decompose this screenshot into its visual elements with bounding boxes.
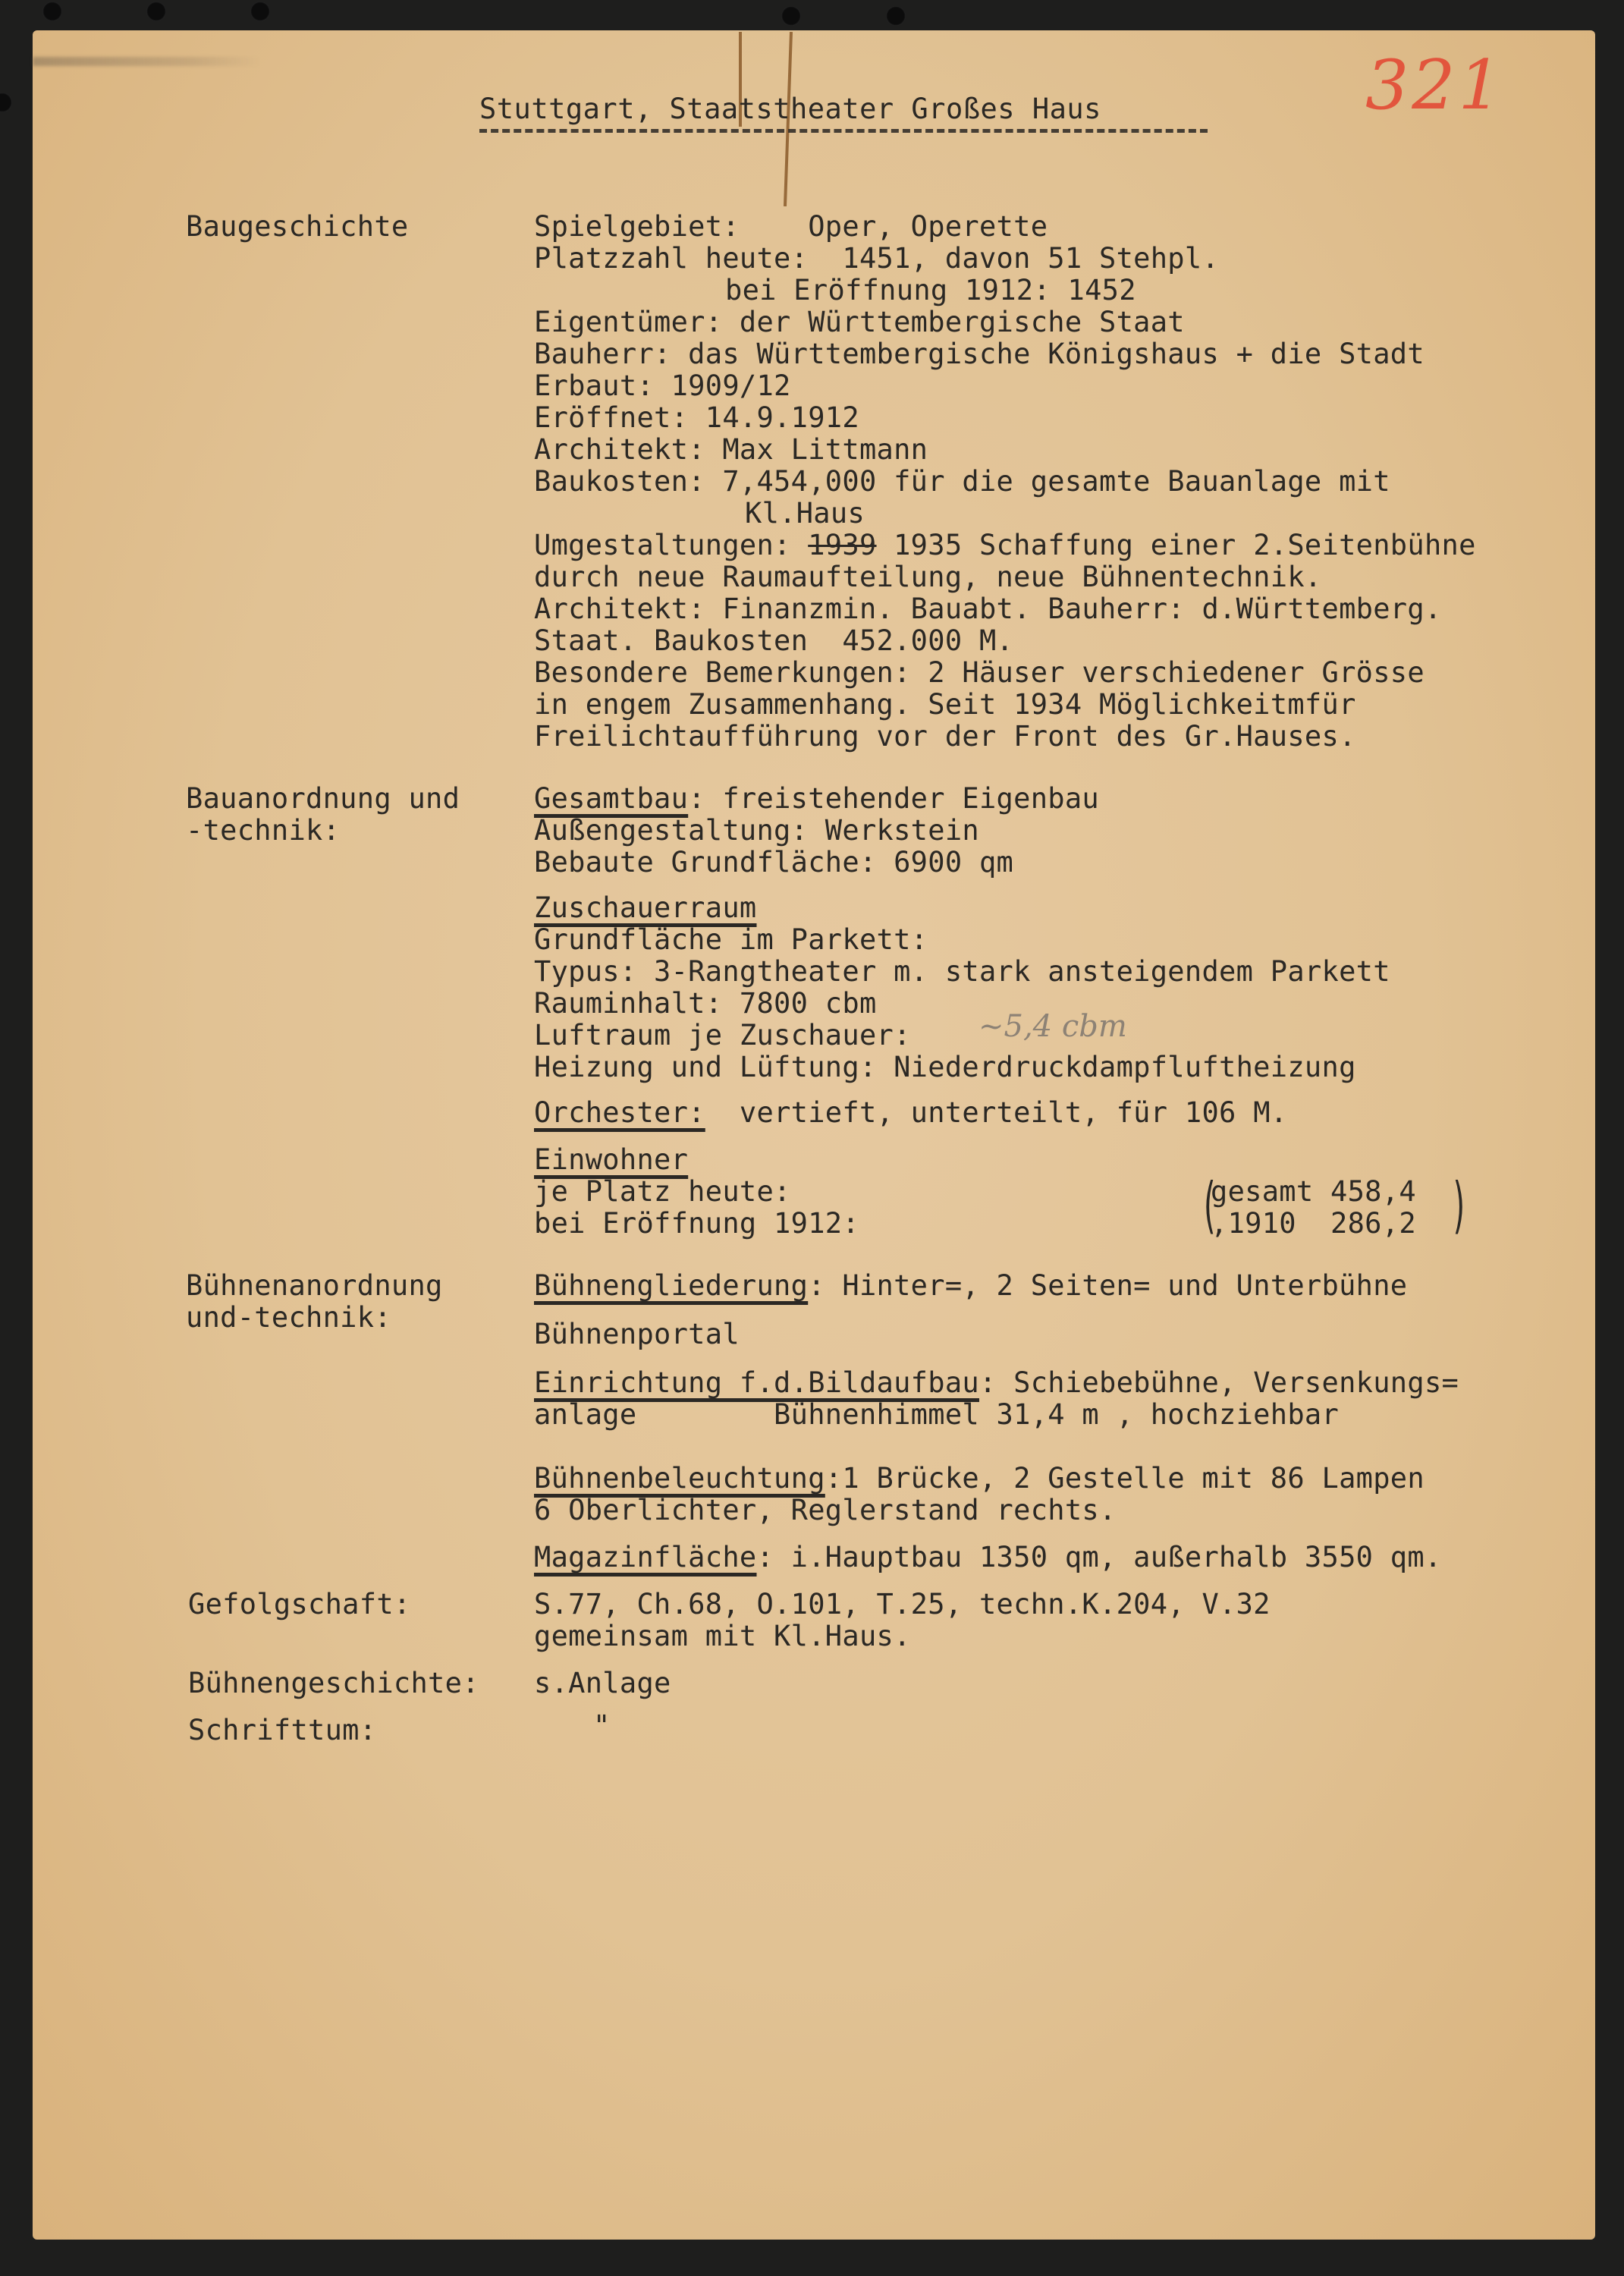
section-label-buehnenanordnung-2: und-technik: xyxy=(186,1302,391,1334)
line-grundflaeche: Bebaute Grundfläche: 6900 qm xyxy=(534,847,1013,879)
gesamtbau-value: : freistehender Eigenbau xyxy=(688,782,1099,815)
section-label-bauanordnung: Bauanordnung und xyxy=(186,783,460,815)
line-umgestaltungen-3: Architekt: Finanzmin. Bauabt. Bauherr: d… xyxy=(534,593,1442,625)
line-gesamtbau: Gesamtbau: freistehender Eigenbau xyxy=(534,783,1099,815)
line-orchester: Orchester: vertieft, unterteilt, für 106… xyxy=(534,1097,1287,1129)
value-buehnengeschichte: s.Anlage xyxy=(534,1668,671,1699)
line-platzzahl: Platzzahl heute: 1451, davon 51 Stehpl. xyxy=(534,243,1219,275)
section-label-baugeschichte: Baugeschichte xyxy=(186,211,409,243)
magazin-label: Magazinfläche xyxy=(534,1541,757,1573)
line-umgestaltungen-2: durch neue Raumaufteilung, neue Bühnente… xyxy=(534,561,1322,593)
line-umgestaltungen: Umgestaltungen: 1939 1935 Schaffung eine… xyxy=(534,530,1476,561)
line-einrichtung: Einrichtung f.d.Bildaufbau: Schiebebühne… xyxy=(534,1367,1459,1399)
beleuchtung-value: :1 Brücke, 2 Gestelle mit 86 Lampen xyxy=(825,1462,1425,1495)
magazin-value: : i.Hauptbau 1350 qm, außerhalb 3550 qm. xyxy=(757,1541,1442,1573)
orchester-value: vertieft, unterteilt, für 106 M. xyxy=(705,1096,1288,1129)
orchester-label: Orchester: xyxy=(534,1096,705,1129)
umgestaltungen-prefix: Umgestaltungen: xyxy=(534,529,808,561)
gliederung-label: Bühnengliederung xyxy=(534,1269,808,1302)
line-bemerkungen-1: Besondere Bemerkungen: 2 Häuser verschie… xyxy=(534,657,1425,689)
line-bauherr: Bauherr: das Württembergische Königshaus… xyxy=(534,338,1425,370)
value-gesamt-1912: ,1910 286,2 xyxy=(1211,1208,1416,1240)
punch-hole xyxy=(0,93,12,112)
heading-einwohner: Einwohner xyxy=(534,1144,688,1176)
line-aussengestaltung: Außengestaltung: Werkstein xyxy=(534,815,979,847)
line-eroeffnet: Eröffnet: 14.9.1912 xyxy=(534,402,859,434)
line-je-platz-1912: bei Eröffnung 1912: xyxy=(534,1208,859,1240)
value-schrifttum: " xyxy=(593,1710,611,1742)
line-gefolgschaft-2: gemeinsam mit Kl.Haus. xyxy=(534,1621,911,1652)
heading-zuschauerraum: Zuschauerraum xyxy=(534,892,757,924)
section-label-buehnenanordnung: Bühnenanordnung xyxy=(186,1270,443,1302)
page-title: Stuttgart, Staatstheater Großes Haus xyxy=(479,93,1101,125)
punch-hole xyxy=(146,2,166,21)
gesamtbau-label: Gesamtbau xyxy=(534,782,688,815)
line-baukosten-cont: Kl.Haus xyxy=(745,498,865,530)
gliederung-value: : Hinter=, 2 Seiten= und Unterbühne xyxy=(808,1269,1407,1302)
line-heizung: Heizung und Lüftung: Niederdruckdampfluf… xyxy=(534,1052,1356,1083)
line-umgestaltungen-4: Staat. Baukosten 452.000 M. xyxy=(534,625,1013,657)
line-grundflaeche-parkett: Grundfläche im Parkett: xyxy=(534,924,928,956)
line-bemerkungen-3: Freilichtaufführung vor der Front des Gr… xyxy=(534,721,1356,753)
line-beleuchtung: Bühnenbeleuchtung:1 Brücke, 2 Gestelle m… xyxy=(534,1463,1425,1495)
value-gesamt-heute: gesamt 458,4 xyxy=(1211,1176,1416,1208)
handwritten-page-number: 321 xyxy=(1365,46,1505,125)
line-eigentuemer: Eigentümer: der Württembergische Staat xyxy=(534,307,1185,338)
line-gliederung: Bühnengliederung: Hinter=, 2 Seiten= und… xyxy=(534,1270,1407,1302)
punch-hole xyxy=(42,2,62,21)
section-label-gefolgschaft: Gefolgschaft: xyxy=(188,1589,411,1621)
line-bemerkungen-2: in engem Zusammenhang. Seit 1934 Möglich… xyxy=(534,689,1356,721)
line-typus: Typus: 3-Rangtheater m. stark ansteigend… xyxy=(534,956,1390,988)
pencil-smudge xyxy=(33,57,260,66)
line-spielgebiet: Spielgebiet: Oper, Operette xyxy=(534,211,1048,243)
line-architekt: Architekt: Max Littmann xyxy=(534,434,928,466)
line-baukosten: Baukosten: 7,454,000 für die gesamte Bau… xyxy=(534,466,1390,498)
title-underline xyxy=(479,129,1208,133)
line-portal: Bühnenportal xyxy=(534,1319,740,1350)
line-einrichtung-cont: anlage Bühnenhimmel 31,4 m , hochziehbar xyxy=(534,1399,1339,1431)
line-beleuchtung-cont: 6 Oberlichter, Reglerstand rechts. xyxy=(534,1495,1117,1526)
line-magazin: Magazinfläche: i.Hauptbau 1350 qm, außer… xyxy=(534,1542,1442,1573)
line-gefolgschaft-1: S.77, Ch.68, O.101, T.25, techn.K.204, V… xyxy=(534,1589,1271,1621)
line-erbaut: Erbaut: 1909/12 xyxy=(534,370,791,402)
umgestaltungen-rest: 1935 Schaffung einer 2.Seitenbühne xyxy=(877,529,1476,561)
line-rauminhalt: Rauminhalt: 7800 cbm xyxy=(534,988,877,1020)
handwritten-luftraum: ~5,4 cbm xyxy=(978,1009,1127,1044)
einrichtung-value: : Schiebebühne, Versenkungs= xyxy=(979,1366,1459,1399)
struck-year: 1939 xyxy=(808,529,876,561)
beleuchtung-label: Bühnenbeleuchtung xyxy=(534,1462,825,1495)
punch-hole xyxy=(250,2,270,21)
bracket-right: ) xyxy=(1450,1171,1469,1240)
line-platzzahl-1912: bei Eröffnung 1912: 1452 xyxy=(725,275,1136,307)
punch-hole xyxy=(781,6,801,26)
section-label-bauanordnung-2: -technik: xyxy=(186,815,340,847)
line-luftraum: Luftraum je Zuschauer: xyxy=(534,1020,911,1052)
punch-hole xyxy=(886,6,906,26)
line-je-platz-heute: je Platz heute: xyxy=(534,1176,791,1208)
section-label-schrifttum: Schrifttum: xyxy=(188,1715,376,1746)
einrichtung-label: Einrichtung f.d.Bildaufbau xyxy=(534,1366,979,1399)
section-label-buehnengeschichte: Bühnengeschichte: xyxy=(188,1668,479,1699)
